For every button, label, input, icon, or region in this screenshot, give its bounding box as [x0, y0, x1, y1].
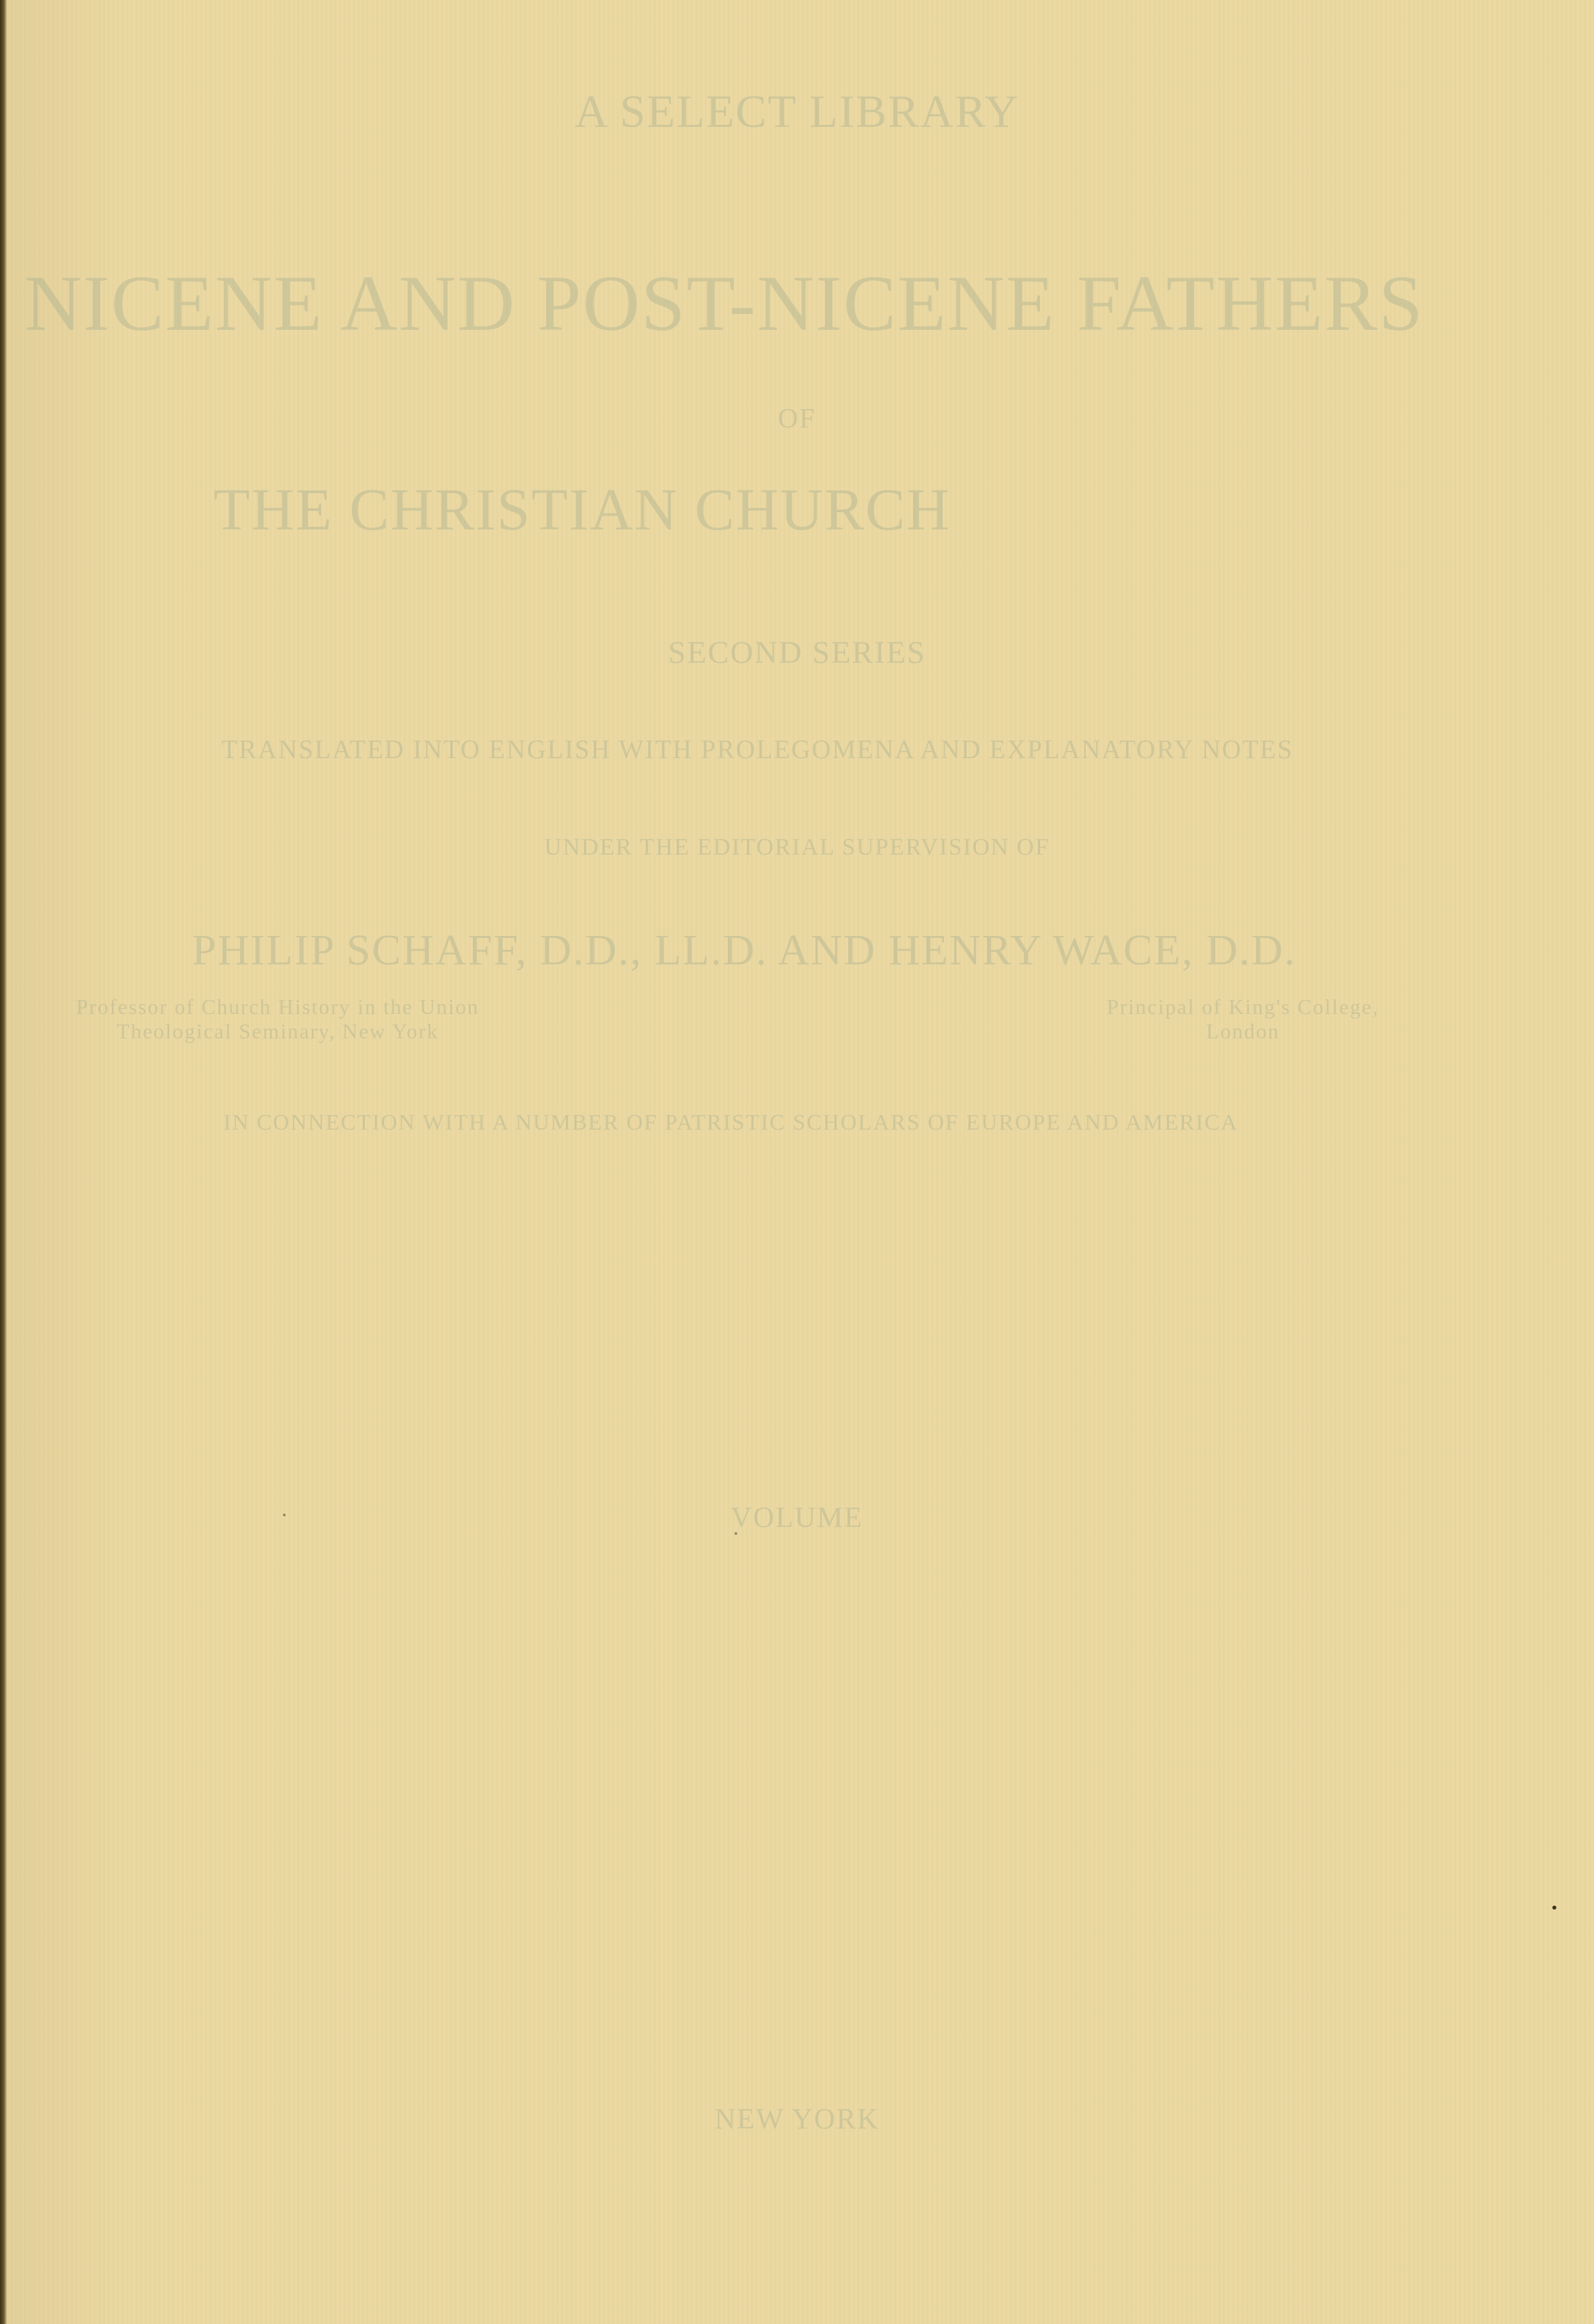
- ghost-of: OF: [0, 403, 1594, 435]
- ghost-supervision: UNDER THE EDITORIAL SUPERVISION OF: [0, 833, 1594, 861]
- ghost-translation-note: TRANSLATED INTO ENGLISH WITH PROLEGOMENA…: [40, 734, 1475, 765]
- ghost-series-line: A SELECT LIBRARY: [0, 86, 1594, 139]
- paper-speck: [283, 1514, 286, 1516]
- page-left-edge-shadow: [0, 0, 7, 2324]
- paper-page: A SELECT LIBRARY NICENE AND POST-NICENE …: [0, 0, 1594, 2324]
- ghost-collaboration: IN CONNECTION WITH A NUMBER OF PATRISTIC…: [132, 1110, 1330, 1136]
- ghost-editors: PHILIP SCHAFF, D.D., LL.D. AND HENRY WAC…: [0, 925, 1488, 976]
- ghost-place: NEW YORK: [0, 2102, 1594, 2136]
- ghost-volume: VOLUME: [0, 1500, 1594, 1534]
- ghost-series: SECOND SERIES: [0, 635, 1594, 671]
- ghost-subtitle: THE CHRISTIAN CHURCH: [0, 476, 1164, 544]
- paper-speck: [735, 1532, 737, 1535]
- ghost-editor2-affiliation: Principal of King's College, London: [1091, 995, 1395, 1044]
- paper-speck: [1552, 1906, 1556, 1910]
- ghost-editor1-affiliation: Professor of Church History in the Union…: [26, 995, 529, 1044]
- ghost-title: NICENE AND POST-NICENE FATHERS: [13, 258, 1435, 349]
